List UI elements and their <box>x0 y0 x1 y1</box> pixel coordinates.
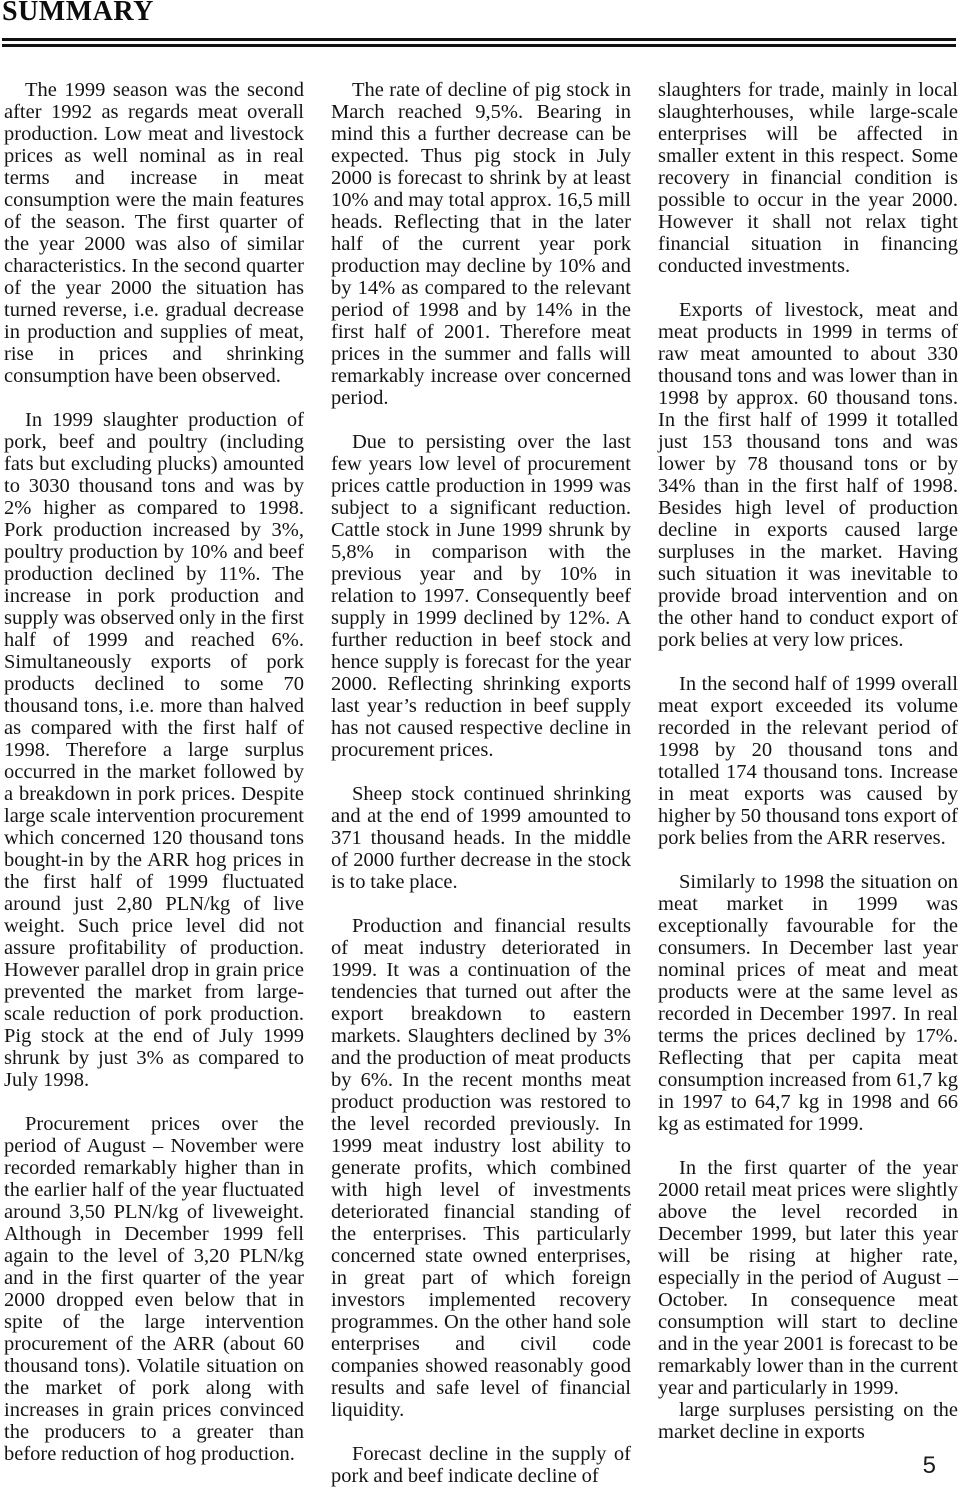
paragraph: In the first quarter of the year 2000 re… <box>658 1157 958 1399</box>
title-double-rule <box>2 38 956 47</box>
paragraph: Sheep stock continued shrinking and at t… <box>331 783 631 893</box>
text-column-3: slaughters for trade, mainly in local sl… <box>658 79 958 1487</box>
page-title: SUMMARY <box>2 0 154 28</box>
paragraph: Production and financial results of meat… <box>331 915 631 1421</box>
document-page: SUMMARY The 1999 season was the second a… <box>0 0 960 1490</box>
text-columns: The 1999 season was the second after 199… <box>4 79 958 1487</box>
paragraph: Similarly to 1998 the situation on meat … <box>658 871 958 1135</box>
paragraph: In 1999 slaughter production of pork, be… <box>4 409 304 1091</box>
text-column-2: The rate of decline of pig stock in Marc… <box>331 79 631 1487</box>
paragraph: Exports of livestock, meat and meat prod… <box>658 299 958 651</box>
paragraph: Procurement prices over the period of Au… <box>4 1113 304 1465</box>
text-column-1: The 1999 season was the second after 199… <box>4 79 304 1487</box>
paragraph: The 1999 season was the second after 199… <box>4 79 304 387</box>
paragraph-continuation: slaughters for trade, mainly in local sl… <box>658 79 958 277</box>
paragraph: Forecast decline in the supply of pork a… <box>331 1443 631 1487</box>
paragraph: The rate of decline of pig stock in Marc… <box>331 79 631 409</box>
page-number: 5 <box>923 1452 936 1480</box>
paragraph: In the second half of 1999 overall meat … <box>658 673 958 849</box>
paragraph: large surpluses persisting on the market… <box>658 1399 958 1443</box>
paragraph: Due to persisting over the last few year… <box>331 431 631 761</box>
